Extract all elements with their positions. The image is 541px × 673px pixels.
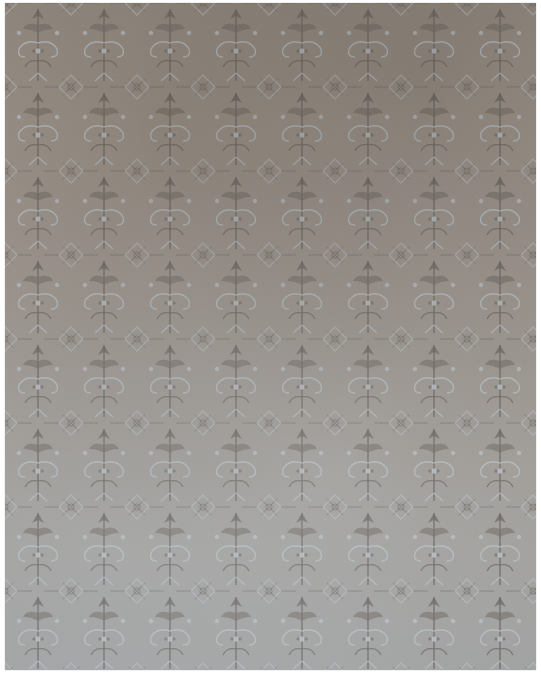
- rug-photo: [5, 3, 536, 670]
- light-variation-overlay: [5, 3, 536, 670]
